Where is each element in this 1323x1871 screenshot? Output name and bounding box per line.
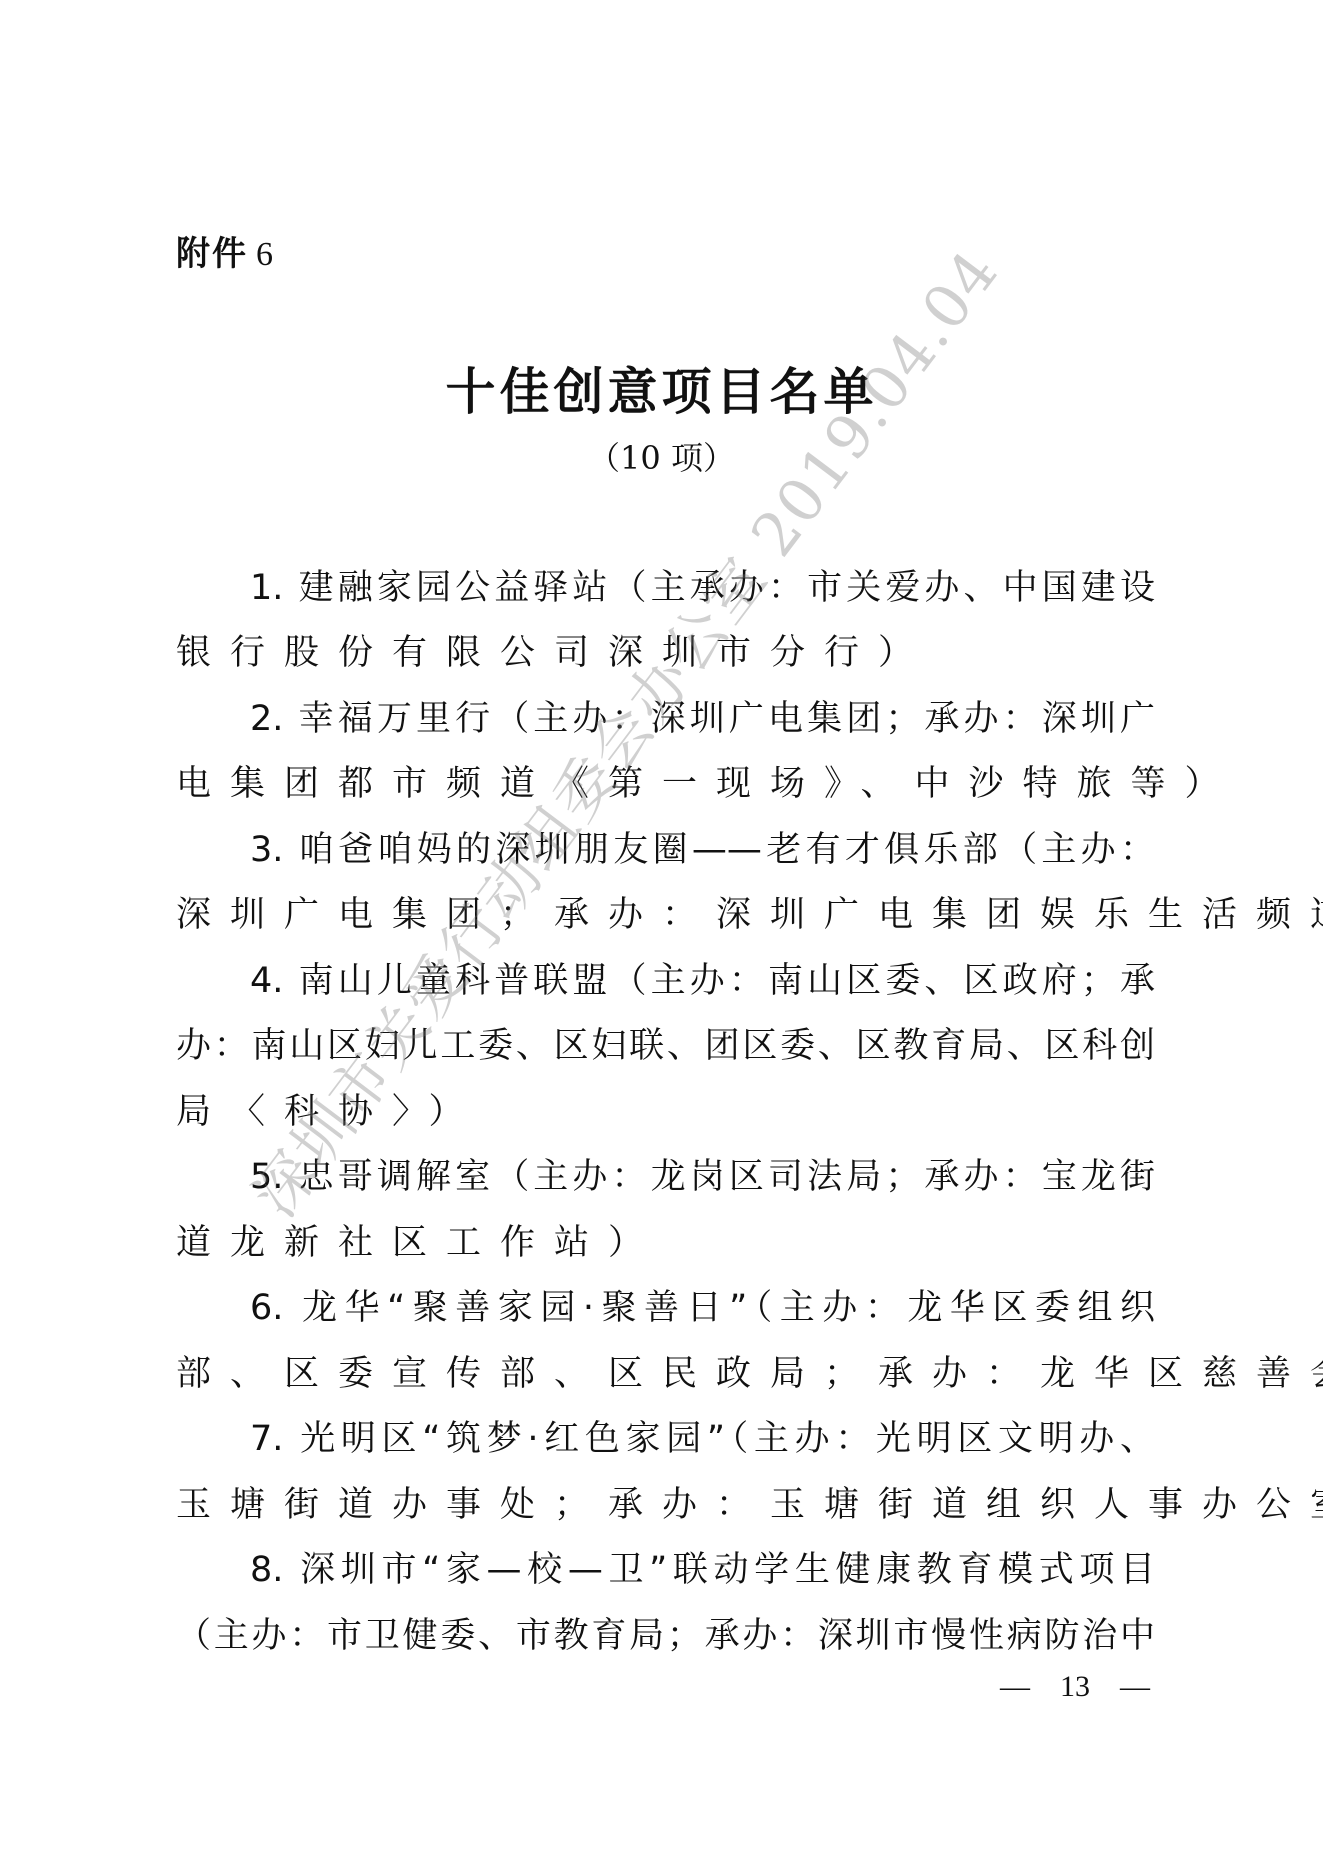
page-subtitle: （10 项） <box>0 433 1323 479</box>
page-number: — 13 — <box>1000 1670 1150 1704</box>
list-item-7-line-2: 玉塘街道办事处；承办：玉塘街道组织人事办公室） <box>176 1483 1155 1527</box>
list-item-1-line-2: 银行股份有限公司深圳市分行） <box>176 631 1155 675</box>
list-item-5-line-2: 道龙新社区工作站） <box>176 1221 1155 1265</box>
list-item-4-line-1: 4. 南山儿童科普联盟（主办：南山区委、区政府；承 <box>250 959 1155 1003</box>
page-title: 十佳创意项目名单 <box>0 352 1323 424</box>
list-item-5-line-1: 5. 忠哥调解室（主办：龙岗区司法局；承办：宝龙街 <box>250 1155 1155 1199</box>
list-item-3-line-2: 深圳广电集团；承办：深圳广电集团娱乐生活频道） <box>176 893 1155 937</box>
list-item-7-line-1: 7. 光明区“筑梦·红色家园”（主办：光明区文明办、 <box>250 1417 1155 1461</box>
list-item-8-line-2: （主办：市卫健委、市教育局；承办：深圳市慢性病防治中 <box>176 1614 1155 1658</box>
list-item-6-line-2: 部、区委宣传部、区民政局；承办：龙华区慈善会） <box>176 1352 1155 1396</box>
list-item-2-line-2: 电集团都市频道《第一现场》、中沙特旅等） <box>176 762 1155 806</box>
page-number-value: 13 <box>1060 1670 1090 1704</box>
list-item-6-line-1: 6. 龙华“聚善家园·聚善日”（主办：龙华区委组织 <box>250 1286 1155 1330</box>
list-item-4-line-3: 局〈科协〉） <box>176 1090 1155 1134</box>
list-item-8-line-1: 8. 深圳市“家—校—卫”联动学生健康教育模式项目 <box>250 1548 1155 1592</box>
list-item-3-line-1: 3. 咱爸咱妈的深圳朋友圈——老有才俱乐部（主办： <box>250 828 1155 872</box>
page-number-dash-right: — <box>1120 1670 1150 1704</box>
page-number-dash-left: — <box>1000 1670 1030 1704</box>
list-item-2-line-1: 2. 幸福万里行（主办：深圳广电集团；承办：深圳广 <box>250 697 1155 741</box>
list-item-1-line-1: 1. 建融家园公益驿站（主承办：市关爱办、中国建设 <box>250 566 1155 610</box>
attachment-label: 附件6 <box>176 226 275 275</box>
list-item-4-line-2: 办：南山区妇儿工委、区妇联、团区委、区教育局、区科创 <box>176 1024 1155 1068</box>
document-page: 附件6 十佳创意项目名单 （10 项） 1. 建融家园公益驿站（主承办：市关爱办… <box>0 0 1323 1871</box>
attachment-number: 6 <box>256 236 275 273</box>
attachment-text: 附件 <box>176 234 248 274</box>
